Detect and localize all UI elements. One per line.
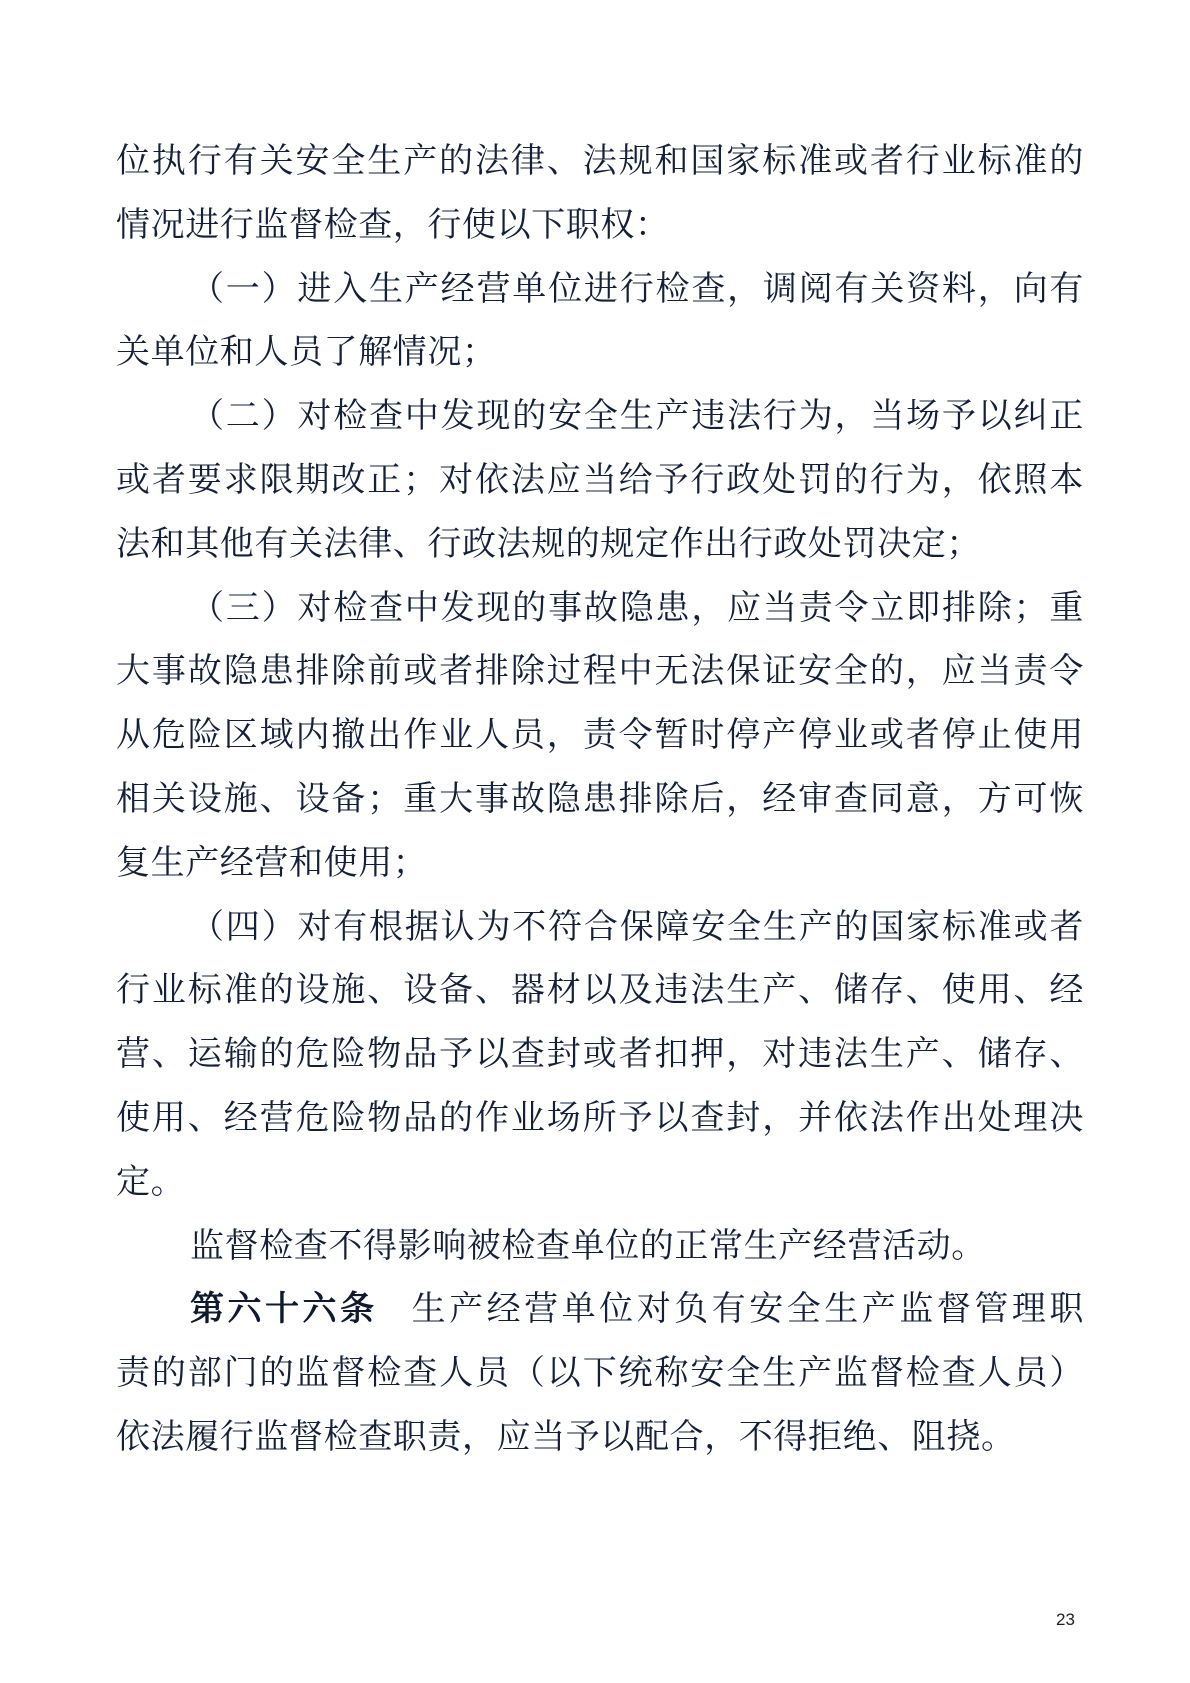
list-item-2-line: （二）对检查中发现的安全生产违法行为，当场予以纠正 [116,385,1084,449]
article-66-line: 依法履行监督检查职责，应当予以配合，不得拒绝、阻挠。 [116,1406,1084,1470]
list-item-3-line: （三）对检查中发现的事故隐患，应当责令立即排除；重 [116,577,1084,641]
text-line: 情况进行监督检查，行使以下职权： [116,194,1084,258]
text-line: 大事故隐患排除前或者排除过程中无法保证安全的，应当责令 [116,640,1084,704]
article-number: 第六十六条 [190,1289,378,1329]
text-line: 相关设施、设备；重大事故隐患排除后，经审查同意，方可恢 [116,768,1084,832]
text-line: 位执行有关安全生产的法律、法规和国家标准或者行业标准的 [116,130,1084,194]
text-line: 营、运输的危险物品予以查封或者扣押，对违法生产、储存、 [116,1023,1084,1087]
document-body: 位执行有关安全生产的法律、法规和国家标准或者行业标准的 情况进行监督检查，行使以… [116,130,1084,1470]
paragraph-line: 监督检查不得影响被检查单位的正常生产经营活动。 [116,1215,1084,1279]
article-text: 生产经营单位对负有安全生产监督管理职 [412,1289,1084,1329]
article-66-line: 责的部门的监督检查人员（以下统称安全生产监督检查人员） [116,1342,1084,1406]
text-line: 使用、经营危险物品的作业场所予以查封，并依法作出处理决 [116,1087,1084,1151]
text-line: 复生产经营和使用； [116,832,1084,896]
article-66-first-line: 第六十六条生产经营单位对负有安全生产监督管理职 [116,1278,1084,1342]
page-number: 23 [1056,1610,1075,1630]
list-item-4-line: （四）对有根据认为不符合保障安全生产的国家标准或者 [116,896,1084,960]
text-line: 关单位和人员了解情况； [116,321,1084,385]
text-line: 从危险区域内撤出作业人员，责令暂时停产停业或者停止使用 [116,704,1084,768]
text-line: 或者要求限期改正；对依法应当给予行政处罚的行为，依照本 [116,449,1084,513]
text-line: 法和其他有关法律、行政法规的规定作出行政处罚决定； [116,513,1084,577]
text-line: 行业标准的设施、设备、器材以及违法生产、储存、使用、经 [116,959,1084,1023]
list-item-1-line: （一）进入生产经营单位进行检查，调阅有关资料，向有 [116,258,1084,322]
text-line: 定。 [116,1151,1084,1215]
